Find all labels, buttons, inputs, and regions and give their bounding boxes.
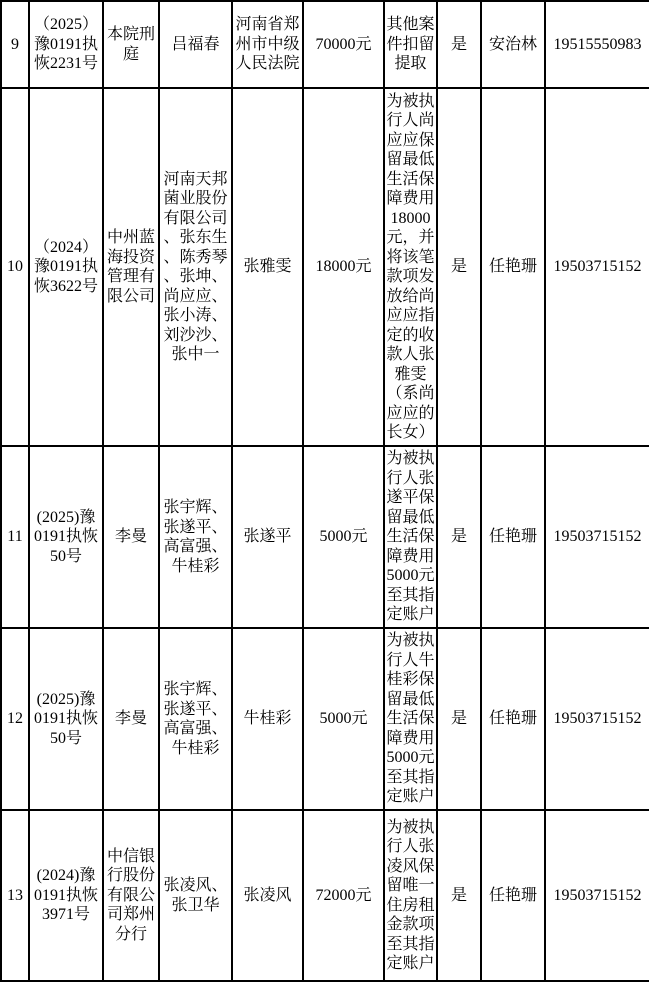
- table-row: 11 (2025)豫0191执恢50号 李曼 张宇辉、张遂平、高富强、牛桂彩 张…: [1, 446, 649, 628]
- table-row: 13 (2024)豫0191执恢3971号 中信银行股份有限公司郑州分行 张凌风…: [1, 810, 649, 981]
- cell-amount: 18000元: [303, 88, 384, 446]
- cell-parties: 张宇辉、张遂平、高富强、牛桂彩: [159, 628, 232, 810]
- cell-row-number: 12: [1, 628, 29, 810]
- cell-applicant: 李曼: [103, 446, 159, 628]
- cell-contact: 任艳珊: [481, 446, 545, 628]
- cell-row-number: 10: [1, 88, 29, 446]
- cell-parties: 河南天邦菌业股份有限公司、张东生、陈秀琴、张坤、尚应应、张小涛、刘沙沙、张中一: [159, 88, 232, 446]
- cell-row-number: 13: [1, 810, 29, 981]
- cell-amount: 5000元: [303, 628, 384, 810]
- cell-contact: 任艳珊: [481, 88, 545, 446]
- cell-contact: 任艳珊: [481, 628, 545, 810]
- cell-phone: 19503715152: [545, 628, 649, 810]
- cell-payee: 张遂平: [232, 446, 303, 628]
- cell-phone: 19503715152: [545, 446, 649, 628]
- cell-payee: 河南省郑州市中级人民法院: [232, 1, 303, 88]
- cell-row-number: 11: [1, 446, 29, 628]
- cell-case-number: （2025）豫0191执恢2231号: [29, 1, 103, 88]
- cell-row-number: 9: [1, 1, 29, 88]
- cell-applicant: 中信银行股份有限公司郑州分行: [103, 810, 159, 981]
- table-row: 9 （2025）豫0191执恢2231号 本院刑庭 吕福春 河南省郑州市中级人民…: [1, 1, 649, 88]
- cell-parties: 吕福春: [159, 1, 232, 88]
- cell-confirmed: 是: [437, 810, 481, 981]
- table-row: 12 (2025)豫0191执恢50号 李曼 张宇辉、张遂平、高富强、牛桂彩 牛…: [1, 628, 649, 810]
- cell-contact: 任艳珊: [481, 810, 545, 981]
- cell-contact: 安治林: [481, 1, 545, 88]
- cell-applicant: 本院刑庭: [103, 1, 159, 88]
- cell-payee: 牛桂彩: [232, 628, 303, 810]
- cell-amount: 70000元: [303, 1, 384, 88]
- cell-amount: 72000元: [303, 810, 384, 981]
- cell-payee: 张凌风: [232, 810, 303, 981]
- cell-remark: 为被执行人牛桂彩保留最低生活保障费用5000元至其指定账户: [384, 628, 437, 810]
- cell-remark: 其他案件扣留提取: [384, 1, 437, 88]
- cell-remark: 为被执行人张凌风保留唯一住房租金款项至其指定账户: [384, 810, 437, 981]
- cell-applicant: 中州蓝海投资管理有限公司: [103, 88, 159, 446]
- cell-confirmed: 是: [437, 88, 481, 446]
- cell-applicant: 李曼: [103, 628, 159, 810]
- table-row: 10 （2024）豫0191执恢3622号 中州蓝海投资管理有限公司 河南天邦菌…: [1, 88, 649, 446]
- cell-case-number: (2025)豫0191执恢50号: [29, 446, 103, 628]
- cell-confirmed: 是: [437, 628, 481, 810]
- cell-case-number: (2024)豫0191执恢3971号: [29, 810, 103, 981]
- cell-amount: 5000元: [303, 446, 384, 628]
- cell-parties: 张宇辉、张遂平、高富强、牛桂彩: [159, 446, 232, 628]
- cell-phone: 19503715152: [545, 810, 649, 981]
- cell-payee: 张雅雯: [232, 88, 303, 446]
- cell-case-number: （2024）豫0191执恢3622号: [29, 88, 103, 446]
- execution-case-table: 9 （2025）豫0191执恢2231号 本院刑庭 吕福春 河南省郑州市中级人民…: [0, 0, 649, 982]
- cell-confirmed: 是: [437, 1, 481, 88]
- cell-case-number: (2025)豫0191执恢50号: [29, 628, 103, 810]
- cell-parties: 张凌风、张卫华: [159, 810, 232, 981]
- cell-phone: 19515550983: [545, 1, 649, 88]
- cell-remark: 为被执行人张遂平保留最低生活保障费用5000元至其指定账户: [384, 446, 437, 628]
- cell-confirmed: 是: [437, 446, 481, 628]
- cell-remark: 为被执行人尚应应保留最低生活保障费用18000元，并将该笔款项发放给尚应应指定的…: [384, 88, 437, 446]
- cell-phone: 19503715152: [545, 88, 649, 446]
